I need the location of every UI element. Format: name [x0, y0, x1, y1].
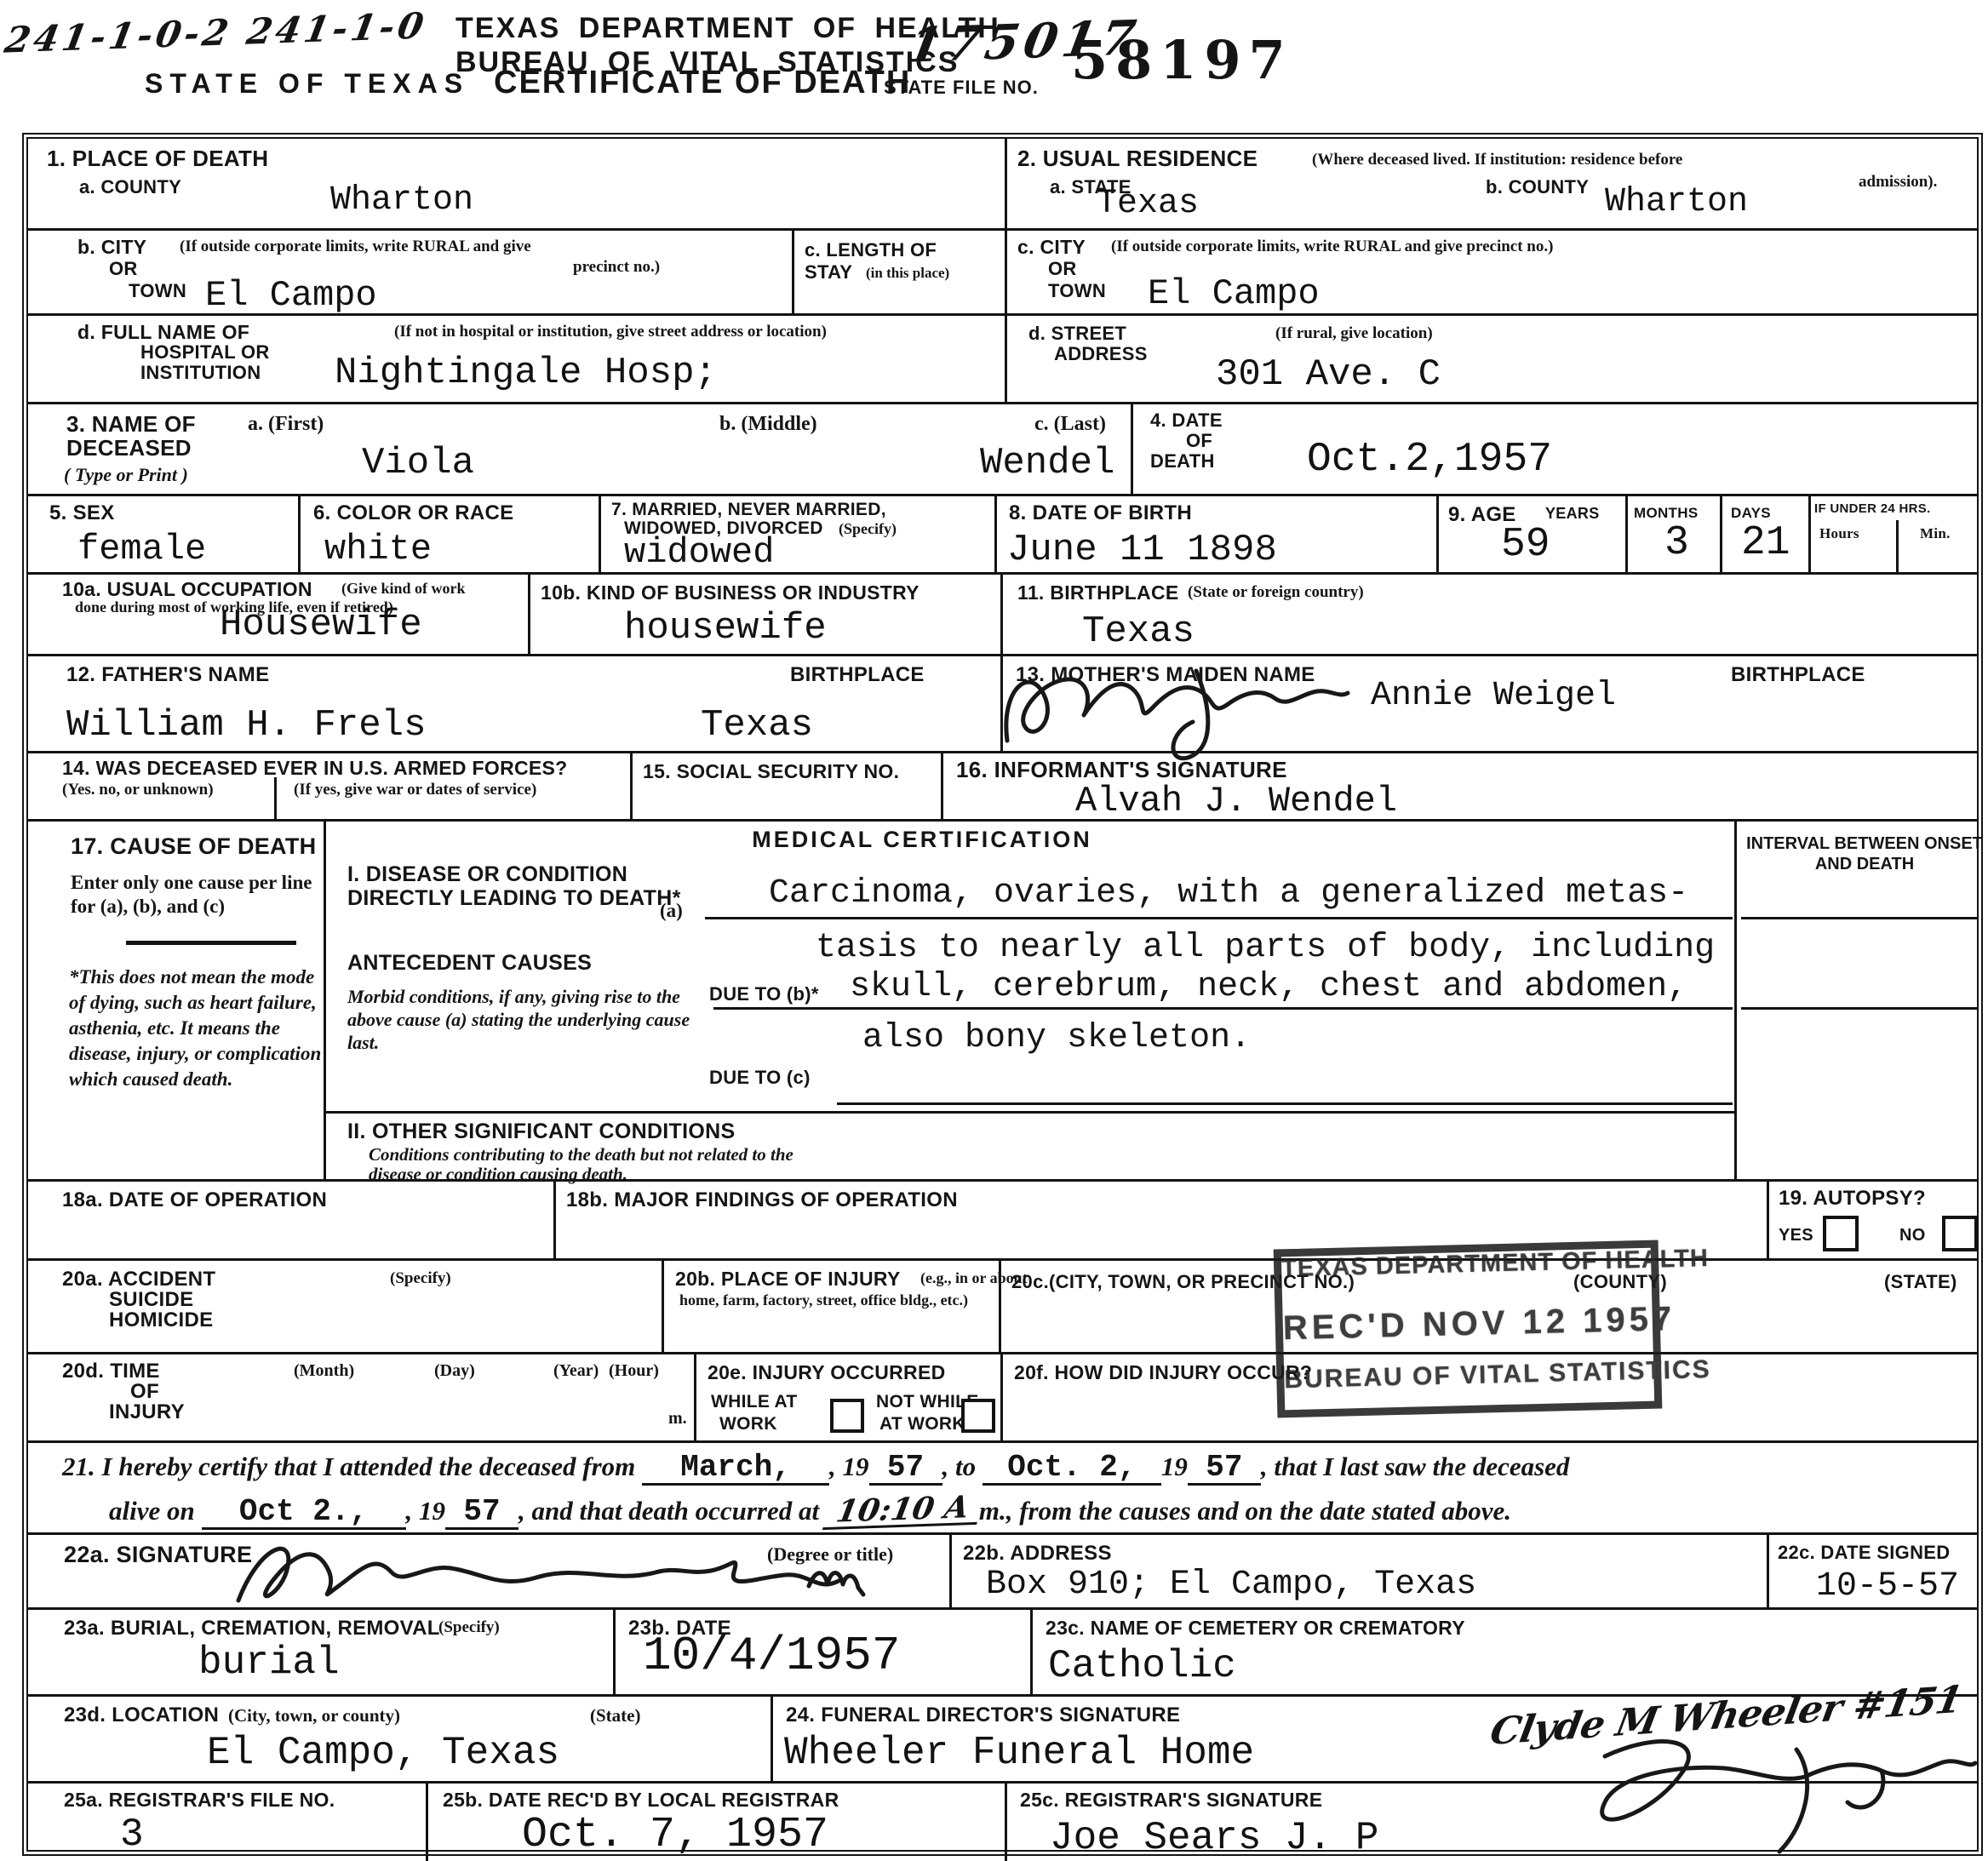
underline-c — [837, 1102, 1733, 1105]
underline-a — [705, 917, 1733, 919]
autopsy-yes-label: YES — [1779, 1226, 1813, 1245]
accident-label3: HOMICIDE — [109, 1308, 213, 1332]
usual-residence-note2: admission). — [1859, 173, 1937, 192]
street-value: 301 Ave. C — [1216, 353, 1441, 396]
row-hospital-street: d. FULL NAME OF HOSPITAL OR INSTITUTION … — [28, 316, 1977, 404]
autopsy-no-label: NO — [1899, 1226, 1926, 1245]
row-place-residence: 1. PLACE OF DEATH a. COUNTY Wharton 2. U… — [28, 139, 1977, 231]
certify-line1: 21. I hereby certify that I attended the… — [62, 1452, 1569, 1486]
business-label: 10b. KIND OF BUSINESS OR INDUSTRY — [541, 581, 920, 604]
residence-or-label: OR — [1048, 258, 1077, 280]
name-note: ( Type or Print ) — [64, 464, 188, 486]
residence-city-note: (If outside corporate limits, write RURA… — [1111, 238, 1553, 256]
first-name-label: a. (First) — [248, 413, 324, 436]
registrar-file-value: 3 — [120, 1812, 144, 1857]
divider — [999, 1261, 1001, 1352]
date-signed-label: 22c. DATE SIGNED — [1778, 1542, 1950, 1564]
operation-date-label: 18a. DATE OF OPERATION — [62, 1188, 327, 1212]
residence-city-value: El Campo — [1148, 273, 1320, 314]
not-while-label2: AT WORK — [879, 1414, 965, 1434]
while-at-work-label2: WORK — [719, 1414, 777, 1434]
sex-label: 5. SEX — [49, 501, 115, 525]
armed-forces-note1: (Yes. no, or unknown) — [62, 781, 214, 799]
city-label: b. CITY — [77, 236, 146, 259]
father-birthplace-label: BIRTHPLACE — [790, 663, 925, 687]
name-label2: DECEASED — [66, 435, 192, 461]
county-value: Wharton — [330, 181, 473, 220]
age-months-label: MONTHS — [1634, 505, 1698, 522]
physician-signature-scrawl — [213, 1528, 920, 1618]
usual-residence-note: (Where deceased lived. If institution: r… — [1312, 151, 1682, 169]
burial-location-note1: (City, town, or county) — [228, 1705, 400, 1726]
injury-state-note: (STATE) — [1884, 1271, 1957, 1293]
occupation-label: 10a. USUAL OCCUPATION — [62, 578, 312, 601]
burial-location-value: El Campo, Texas — [207, 1731, 559, 1775]
address-label: 22b. ADDRESS — [963, 1542, 1112, 1566]
year2-value: 57 — [1188, 1452, 1261, 1486]
divider — [941, 753, 943, 819]
handwritten-codes: 241-1-0-2 241-1-0 — [2, 4, 430, 60]
registrar-file-label: 25a. REGISTRAR'S FILE NO. — [64, 1789, 335, 1812]
divider — [613, 1610, 616, 1694]
interval-label: INTERVAL BETWEEN ONSET AND DEATH — [1741, 833, 1988, 874]
stamp-line2: REC'D NOV 12 1957 — [1282, 1301, 1653, 1349]
length-of-stay-label1: c. LENGTH OF — [805, 239, 937, 261]
age-years-value: 59 — [1501, 522, 1550, 568]
death-time-value: 10:10 A — [822, 1492, 983, 1530]
place-of-injury-note2: home, farm, factory, street, office bldg… — [679, 1291, 968, 1309]
age-years-label: YEARS — [1545, 505, 1600, 523]
due-b-label: DUE TO (b)* — [709, 983, 819, 1005]
residence-county-value: Wharton — [1605, 183, 1748, 221]
min-label: Min. — [1920, 525, 1951, 542]
cause-b-line2: also bony skeleton. — [862, 1019, 1251, 1057]
cause-note2: *This does not mean the mode of dying, s… — [69, 965, 324, 1092]
hospital-label2: HOSPITAL OR — [140, 341, 270, 364]
hour-note: (Hour) — [609, 1361, 659, 1381]
divider — [1436, 496, 1439, 572]
disease-label2: DIRECTLY LEADING TO DEATH* — [347, 886, 681, 911]
burial-label: 23a. BURIAL, CREMATION, REMOVAL — [64, 1617, 440, 1641]
usual-residence-title: 2. USUAL RESIDENCE — [1017, 146, 1258, 172]
divider — [1625, 496, 1628, 572]
marital-value: widowed — [624, 532, 774, 573]
certify-text9: m., from the causes and on the date stat… — [979, 1496, 1511, 1526]
last-name-label: c. (Last) — [1034, 413, 1106, 436]
operation-findings-label: 18b. MAJOR FINDINGS OF OPERATION — [566, 1188, 958, 1212]
age-days-value: 21 — [1741, 520, 1790, 566]
certify-text4: 19 — [1161, 1452, 1188, 1481]
row-name: 3. NAME OF DECEASED ( Type or Print ) a.… — [28, 404, 1977, 496]
divider — [949, 1535, 952, 1607]
interval-line-a — [1741, 917, 1978, 919]
armed-forces-note2: (If yes, give war or dates of service) — [294, 781, 536, 799]
residence-town-label: TOWN — [1048, 280, 1106, 302]
age-days-label: DAYS — [1731, 505, 1771, 522]
burial-value: burial — [198, 1641, 340, 1685]
date-of-death-label3: DEATH — [1150, 450, 1215, 472]
stamp-line3: BUREAU OF VITAL STATISTICS — [1284, 1357, 1654, 1395]
residence-state-value: Texas — [1097, 185, 1199, 223]
or-label: OR — [109, 258, 138, 280]
divider — [1131, 404, 1133, 494]
marital-label1: 7. MARRIED, NEVER MARRIED, — [611, 500, 886, 520]
divider — [694, 1354, 696, 1440]
hospital-value: Nightingale Hosp; — [335, 352, 717, 394]
occupation-note1: (Give kind of work — [341, 580, 466, 598]
divider — [792, 231, 794, 313]
other-conditions-note: Conditions contributing to the death but… — [369, 1145, 845, 1184]
cause-title: 17. CAUSE OF DEATH — [71, 833, 316, 860]
certificate-title: CERTIFICATE OF DEATH — [494, 65, 911, 101]
city-note2: precinct no.) — [573, 258, 660, 277]
how-injury-label: 20f. HOW DID INJURY OCCUR? — [1014, 1361, 1312, 1384]
father-birthplace-value: Texas — [701, 704, 813, 747]
year-note: (Year) — [553, 1361, 599, 1381]
divider — [630, 753, 633, 819]
address-value: Box 910; El Campo, Texas — [986, 1566, 1476, 1604]
registrar-date-label: 25b. DATE REC'D BY LOCAL REGISTRAR — [443, 1789, 839, 1812]
mother-birthplace-label: BIRTHPLACE — [1731, 663, 1865, 687]
year1-value: 57 — [869, 1452, 942, 1486]
race-label: 6. COLOR OR RACE — [313, 501, 513, 525]
divider — [1808, 496, 1811, 572]
antecedent-note: Morbid conditions, if any, giving rise t… — [347, 985, 696, 1054]
month-note: (Month) — [294, 1361, 354, 1381]
row-medical: 17. CAUSE OF DEATH Enter only one cause … — [28, 822, 1977, 1182]
time-of-injury-label3: INJURY — [109, 1400, 185, 1424]
other-conditions-label: II. OTHER SIGNIFICANT CONDITIONS — [347, 1119, 735, 1144]
state-of-texas: STATE OF TEXAS — [145, 68, 469, 100]
cemetery-value: Catholic — [1048, 1644, 1236, 1688]
father-label: 12. FATHER'S NAME — [66, 663, 269, 687]
divider — [1000, 1354, 1003, 1440]
stamped-file-no: 58197 — [1071, 29, 1293, 91]
burial-date-value: 10/4/1957 — [643, 1629, 900, 1683]
certify-text5: , that I last saw the deceased — [1261, 1452, 1570, 1481]
town-label: TOWN — [129, 280, 186, 302]
street-label2: ADDRESS — [1054, 343, 1148, 365]
burial-location-label: 23d. LOCATION — [64, 1704, 219, 1727]
under24-label: IF UNDER 24 HRS. — [1814, 501, 1931, 516]
certify-text6: alive on — [109, 1496, 195, 1526]
ssn-label: 15. SOCIAL SECURITY NO. — [643, 760, 899, 783]
father-value: William H. Frels — [66, 704, 426, 747]
row-burial: 23a. BURIAL, CREMATION, REMOVAL (Specify… — [28, 1610, 1977, 1697]
row-accident: 20a. ACCIDENT SUICIDE HOMICIDE (Specify)… — [28, 1261, 1977, 1354]
disease-label1: I. DISEASE OR CONDITION — [347, 862, 627, 887]
divider — [1767, 1182, 1769, 1258]
cause-note1: Enter only one cause per line for (a), (… — [71, 871, 318, 919]
last-name-value: Wendel — [980, 442, 1114, 484]
state-file-no-label: STATE FILE NO. — [884, 77, 1039, 99]
cause-a-label: (a) — [660, 900, 683, 922]
underline-b — [713, 1007, 1733, 1010]
injury-occurred-label: 20e. INJURY OCCURRED — [708, 1361, 946, 1384]
row-city: b. CITY (If outside corporate limits, wr… — [28, 231, 1977, 316]
divider — [298, 496, 301, 572]
certify-no: 21. — [62, 1452, 95, 1481]
city-note: (If outside corporate limits, write RURA… — [180, 238, 531, 256]
cause-b-line1: skull, cerebrum, neck, chest and abdomen… — [850, 968, 1687, 1006]
residence-city-label: c. CITY — [1017, 236, 1086, 259]
divider — [426, 1784, 428, 1861]
attended-to-value: Oct. 2, — [983, 1452, 1161, 1486]
race-value: white — [324, 529, 432, 570]
funeral-director-label: 24. FUNERAL DIRECTOR'S SIGNATURE — [786, 1704, 1180, 1727]
sex-value: female — [77, 529, 206, 570]
while-at-work-checkbox[interactable] — [830, 1399, 864, 1433]
hospital-label3: INSTITUTION — [140, 362, 261, 384]
date-signed-value: 10-5-57 — [1816, 1567, 1959, 1606]
divider — [553, 1182, 556, 1258]
divider — [1005, 316, 1007, 402]
alive-on-value: Oct 2., — [202, 1497, 406, 1530]
row-certify: 21. I hereby certify that I attended the… — [28, 1443, 1977, 1535]
due-c-label: DUE TO (c) — [709, 1067, 811, 1089]
divider — [528, 575, 530, 654]
birthplace-note: (State or foreign country) — [1188, 583, 1364, 602]
divider — [771, 1697, 773, 1781]
divider — [1720, 496, 1722, 572]
divider — [1005, 231, 1007, 313]
funeral-home-value: Wheeler Funeral Home — [784, 1731, 1254, 1775]
birthplace-label: 11. BIRTHPLACE — [1017, 581, 1179, 604]
registrar-name-value: Joe Sears J. P — [1050, 1816, 1378, 1860]
length-of-stay-note: (in this place) — [866, 265, 949, 282]
city-value: El Campo — [205, 275, 377, 316]
year3-value: 57 — [445, 1497, 518, 1530]
informant-value: Alvah J. Wendel — [1075, 781, 1397, 822]
hospital-label1: d. FULL NAME OF — [77, 321, 249, 344]
place-of-injury-label: 20b. PLACE OF INJURY — [675, 1268, 901, 1291]
received-stamp: TEXAS DEPARTMENT OF HEALTH REC'D NOV 12 … — [1274, 1240, 1663, 1418]
certify-text3: , to — [942, 1452, 977, 1481]
mother-value: Annie Weigel — [1371, 677, 1616, 715]
divider — [1734, 822, 1737, 1179]
length-of-stay-label2: STAY — [805, 261, 852, 283]
middle-name-label: b. (Middle) — [719, 413, 817, 436]
registrar-signature-scrawl — [1524, 1724, 1984, 1858]
divider — [1896, 520, 1899, 572]
county-label: a. COUNTY — [79, 176, 181, 198]
certify-text8: , and that death occurred at — [518, 1496, 819, 1526]
interval-line-b — [1741, 1007, 1978, 1010]
divider — [994, 496, 997, 572]
registrar-signature-label: 25c. REGISTRAR'S SIGNATURE — [1020, 1789, 1322, 1812]
medical-certification-title: MEDICAL CERTIFICATION — [369, 827, 1475, 853]
antecedent-label: ANTECEDENT CAUSES — [347, 951, 592, 976]
certify-text7: , 19 — [406, 1496, 446, 1526]
cause-a-line2: tasis to nearly all parts of body, inclu… — [816, 929, 1715, 967]
place-of-death-title: 1. PLACE OF DEATH — [47, 146, 268, 172]
divider — [1005, 1784, 1007, 1861]
while-at-work-label1: WHILE AT — [711, 1392, 798, 1412]
accident-note: (Specify) — [390, 1269, 451, 1288]
stamp-line1: TEXAS DEPARTMENT OF HEALTH — [1281, 1246, 1652, 1284]
cause-a-line1: Carcinoma, ovaries, with a generalized m… — [769, 874, 1688, 913]
street-label1: d. STREET — [1028, 323, 1126, 345]
divider — [662, 1261, 664, 1352]
certify-line2: alive on Oct 2.,, 1957, and that death o… — [109, 1494, 1511, 1530]
divider — [599, 496, 601, 572]
hospital-note: (If not in hospital or institution, give… — [394, 323, 827, 341]
name-label1: 3. NAME OF — [66, 411, 196, 438]
hours-label: Hours — [1819, 525, 1859, 542]
autopsy-yes-checkbox[interactable] — [1823, 1216, 1859, 1251]
residence-county-label: b. COUNTY — [1486, 176, 1589, 198]
business-value: housewife — [624, 607, 827, 650]
armed-forces-label: 14. WAS DECEASED EVER IN U.S. ARMED FORC… — [62, 757, 568, 780]
not-while-at-work-checkbox[interactable] — [961, 1399, 995, 1433]
row-demographics: 5. SEX female 6. COLOR OR RACE white 7. … — [28, 496, 1977, 575]
registrar-date-value: Oct. 7, 1957 — [522, 1811, 828, 1859]
burial-note: (Specify) — [438, 1618, 500, 1637]
divider — [274, 777, 277, 819]
rule — [324, 1111, 1734, 1114]
date-of-death-label1: 4. DATE — [1150, 409, 1223, 432]
divider — [1005, 139, 1007, 228]
cemetery-label: 23c. NAME OF CEMETERY OR CREMATORY — [1046, 1617, 1465, 1640]
occupation-value: Housewife — [220, 604, 422, 646]
first-name-value: Viola — [362, 442, 474, 484]
certify-text2: , 19 — [829, 1452, 869, 1481]
autopsy-label: 19. AUTOPSY? — [1779, 1187, 1926, 1211]
divider — [1030, 1610, 1033, 1694]
day-note: (Day) — [434, 1361, 475, 1381]
burial-location-note2: (State) — [590, 1705, 640, 1726]
street-note: (If rural, give location) — [1275, 324, 1433, 343]
divider — [1767, 1535, 1769, 1607]
attended-from-value: March, — [642, 1452, 829, 1486]
age-months-value: 3 — [1664, 520, 1689, 566]
marital-note: (Specify) — [839, 520, 897, 538]
dob-value: June 11 1898 — [1007, 529, 1277, 571]
mother-signature-scrawl — [992, 630, 1358, 766]
date-of-death-label2: OF — [1186, 430, 1212, 452]
m-note: m. — [668, 1409, 687, 1429]
dob-label: 8. DATE OF BIRTH — [1009, 501, 1192, 525]
autopsy-no-checkbox[interactable] — [1942, 1216, 1978, 1251]
certify-text1: I hereby certify that I attended the dec… — [102, 1452, 636, 1481]
date-of-death-value: Oct.2,1957 — [1307, 437, 1552, 483]
rule — [126, 941, 296, 945]
